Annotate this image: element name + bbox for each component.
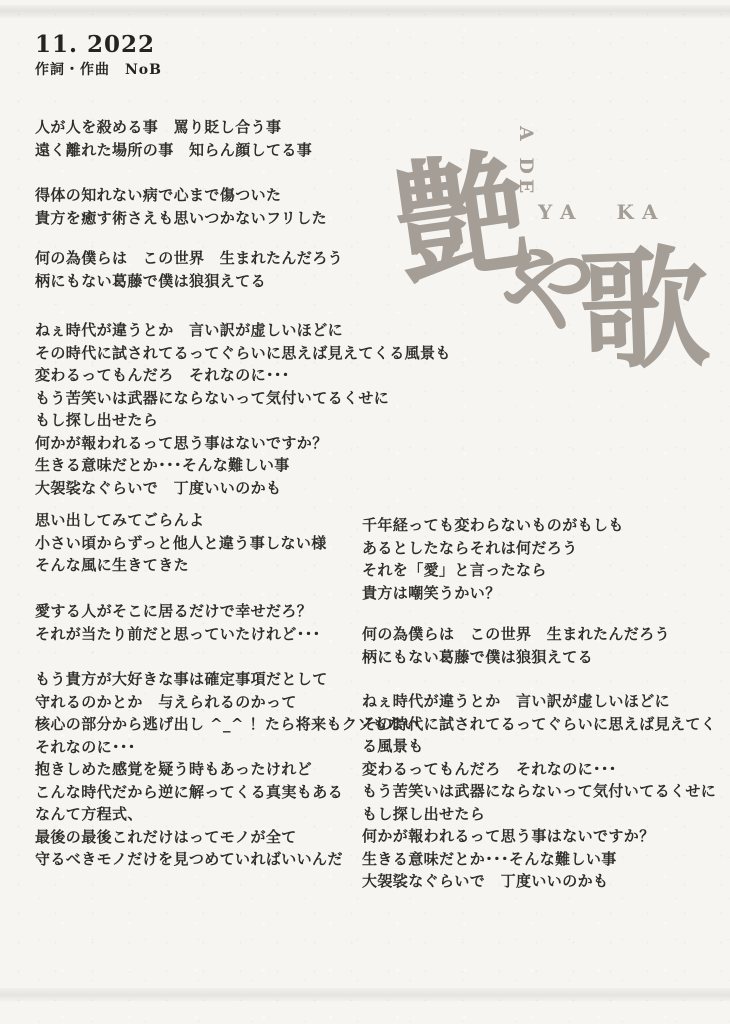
songwriter-credit: 作詞・作曲 NoB <box>35 59 162 79</box>
lyrics-chorus-2: ねぇ時代が違うとか 言い訳が虚しいほどに その時代に試されてるってぐらいに思えば… <box>362 690 730 893</box>
title-kanji-ka: 歌 <box>576 204 712 395</box>
lyrics-sheet: 11. 2022 作詞・作曲 NoB 艶 や 歌 A DE YA KA 人が人を… <box>0 0 730 1024</box>
lyrics-verse-1: 人が人を殺める事 罵り貶し合う事 遠く離れた場所の事 知らん顔してる事 <box>35 116 312 161</box>
lyrics-prechorus-1: 何の為僕らは この世界 生まれたんだろう 柄にもない葛藤で僕は狼狽えてる <box>35 247 343 292</box>
lyrics-verse-2: 得体の知れない病で心まで傷ついた 貴方を癒す術さえも思いつかないフリした <box>35 184 327 229</box>
lyrics-verse-5: 千年経っても変わらないものがもしも あるとしたならそれは何だろう それを「愛」と… <box>362 514 624 604</box>
title-kanji-ya: や <box>483 202 612 363</box>
lyrics-verse-3: 思い出してみてごらんよ 小さい頃からずっと他人と違う事しない様 そんな風に生きて… <box>35 509 327 577</box>
lyrics-chorus-1: ねぇ時代が違うとか 言い訳が虚しいほどに その時代に試されてるってぐらいに思えば… <box>35 319 451 499</box>
lyrics-verse-4: 愛する人がそこに居るだけで幸せだろ？ それが当たり前だと思っていたけれど･･･ <box>35 600 321 645</box>
release-date: 11. 2022 <box>35 31 155 58</box>
lyrics-prechorus-2: 何の為僕らは この世界 生まれたんだろう 柄にもない葛藤で僕は狼狽えてる <box>362 623 670 668</box>
scan-shadow-bottom <box>0 988 730 1001</box>
title-romaji-vertical: A DE <box>515 126 537 198</box>
scan-shadow-top <box>0 5 730 18</box>
title-romaji-horizontal: YA KA <box>538 200 667 224</box>
title-kanji-ade: 艶 <box>381 104 538 311</box>
